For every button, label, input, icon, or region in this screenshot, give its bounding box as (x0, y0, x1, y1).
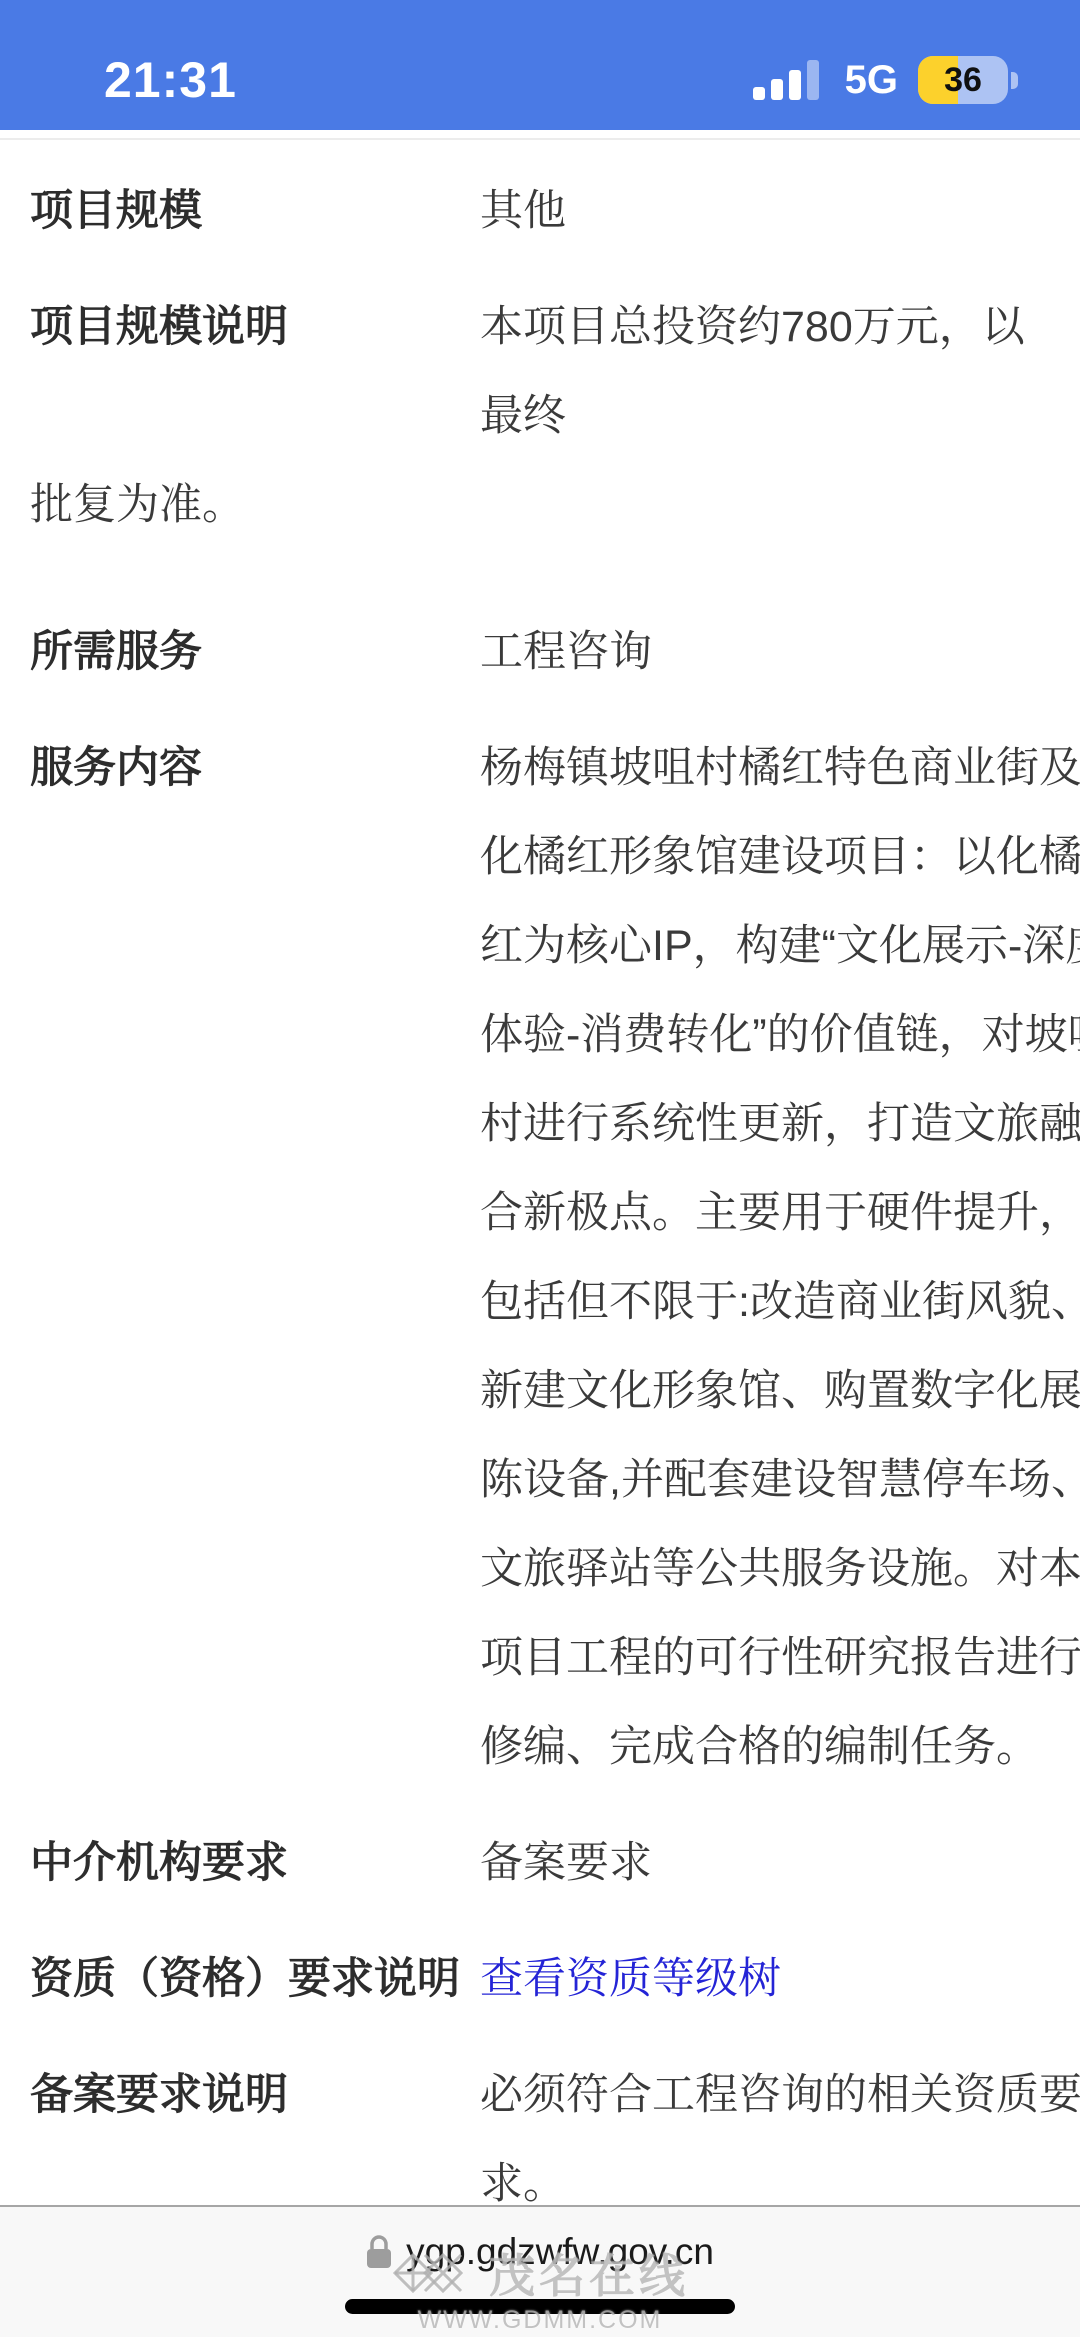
project-detail-list: 项目规模 其他 项目规模说明 本项目总投资约780万元，以最终 批复为准。 所需… (0, 167, 1080, 2337)
field-label: 服务内容 (30, 724, 480, 1792)
field-row-service-content: 服务内容 杨梅镇坡咀村橘红特色商业街及 化橘红形象馆建设项目：以化橘 红为核心I… (30, 724, 1050, 1792)
field-value: 杨梅镇坡咀村橘红特色商业街及 化橘红形象馆建设项目：以化橘 红为核心IP，构建“… (480, 724, 1080, 1792)
field-row-project-scale: 项目规模 其他 (30, 167, 1050, 256)
browser-url-bar[interactable]: ygp.gdzwfw.gov.cn (0, 2205, 1080, 2337)
battery-icon: 36 (918, 56, 1018, 104)
cellular-signal-icon (753, 60, 819, 100)
address-field[interactable]: ygp.gdzwfw.gov.cn (0, 2231, 1080, 2273)
view-qualification-tree-link[interactable]: 查看资质等级树 (480, 1955, 781, 2003)
battery-cap (1011, 72, 1018, 89)
field-row-filing-requirement-description: 备案要求说明 必须符合工程咨询的相关资质要 求。 (30, 2051, 1050, 2229)
field-value: 必须符合工程咨询的相关资质要 求。 (480, 2051, 1080, 2229)
field-label: 项目规模 (30, 167, 480, 256)
network-type-label: 5G (845, 58, 898, 103)
field-row-required-service: 所需服务 工程咨询 (30, 608, 1050, 697)
header-divider (0, 130, 1080, 140)
field-label: 资质（资格）要求说明 (30, 1935, 480, 2024)
field-row-qualification-requirement: 资质（资格）要求说明 查看资质等级树 (30, 1935, 1050, 2024)
field-label: 中介机构要求 (30, 1819, 480, 1908)
field-label: 项目规模说明 (30, 283, 480, 461)
field-value: 本项目总投资约780万元，以最终 (480, 283, 1050, 461)
field-label: 备案要求说明 (30, 2051, 480, 2229)
field-row-agency-requirement: 中介机构要求 备案要求 (30, 1819, 1050, 1908)
battery-percent-label: 36 (944, 61, 982, 100)
status-icons: 5G 36 (753, 56, 1018, 104)
status-bar: 21:31 5G 36 (0, 0, 1080, 130)
clock-label: 21:31 (104, 51, 237, 109)
field-value: 工程咨询 (480, 608, 652, 697)
field-label: 所需服务 (30, 608, 480, 697)
field-value: 备案要求 (480, 1819, 652, 1908)
screen: 21:31 5G 36 项目规模 其他 项目规模 (0, 0, 1080, 2337)
home-indicator[interactable] (345, 2299, 735, 2314)
field-value: 其他 (480, 167, 566, 256)
field-row-scale-description: 项目规模说明 本项目总投资约780万元，以最终 (30, 283, 1050, 461)
lock-icon (366, 2235, 392, 2269)
field-value-continuation: 批复为准。 (30, 461, 1050, 550)
url-text[interactable]: ygp.gdzwfw.gov.cn (406, 2231, 714, 2273)
